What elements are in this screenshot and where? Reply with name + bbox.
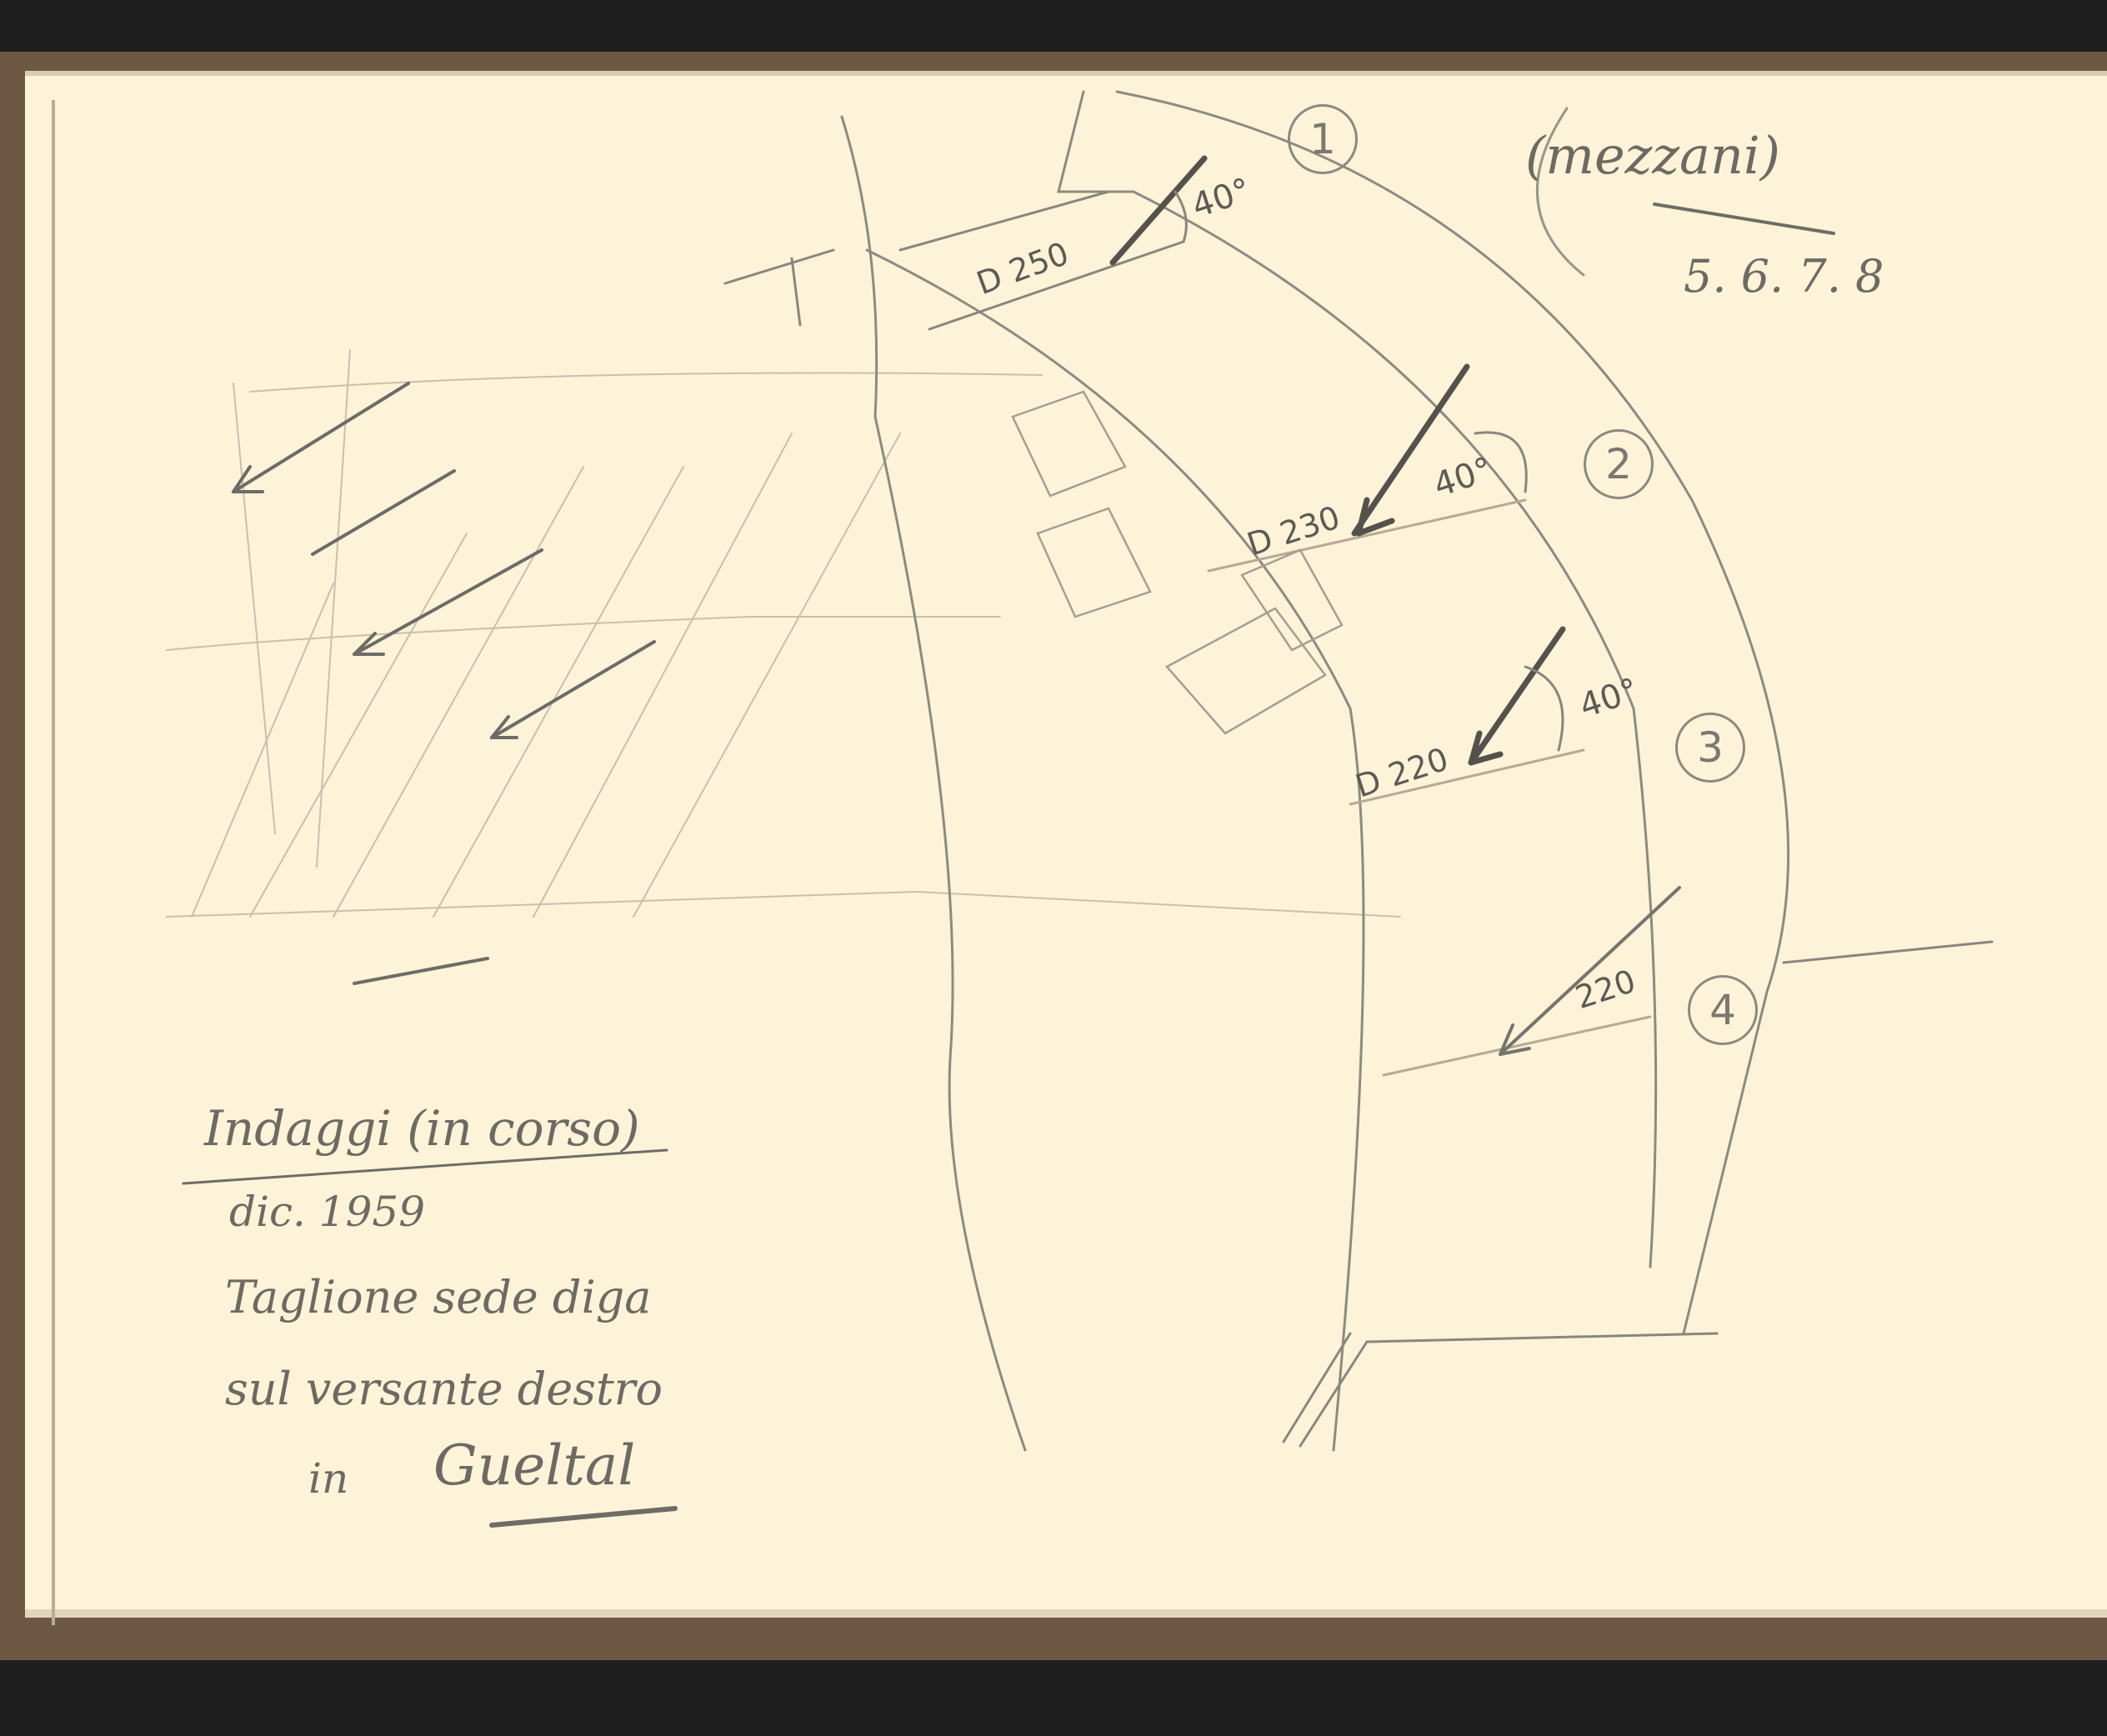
notes-title: Indaggi (in corso) <box>204 1100 640 1157</box>
top-right-label: (mezzani) <box>1525 125 1780 186</box>
notes-line-3-prefix: in <box>308 1454 348 1503</box>
section-marker-4: 4 <box>1688 975 1758 1045</box>
hatched-terrain-sketch <box>167 350 1400 917</box>
notes-date: dic. 1959 <box>229 1188 425 1236</box>
notes-line-3-place: Gueltal <box>433 1433 635 1498</box>
left-arrows <box>233 383 654 983</box>
top-right-numbers: 5. 6. 7. 8 <box>1684 250 1884 303</box>
section-marker-1: 1 <box>1288 104 1358 174</box>
section-marker-3: 3 <box>1675 713 1745 783</box>
notes-line-2: sul versante destro <box>225 1363 663 1415</box>
section-marker-2: 2 <box>1584 429 1654 499</box>
force-arrows <box>1113 158 1563 763</box>
notes-line-1: Taglione sede diga <box>225 1271 652 1323</box>
